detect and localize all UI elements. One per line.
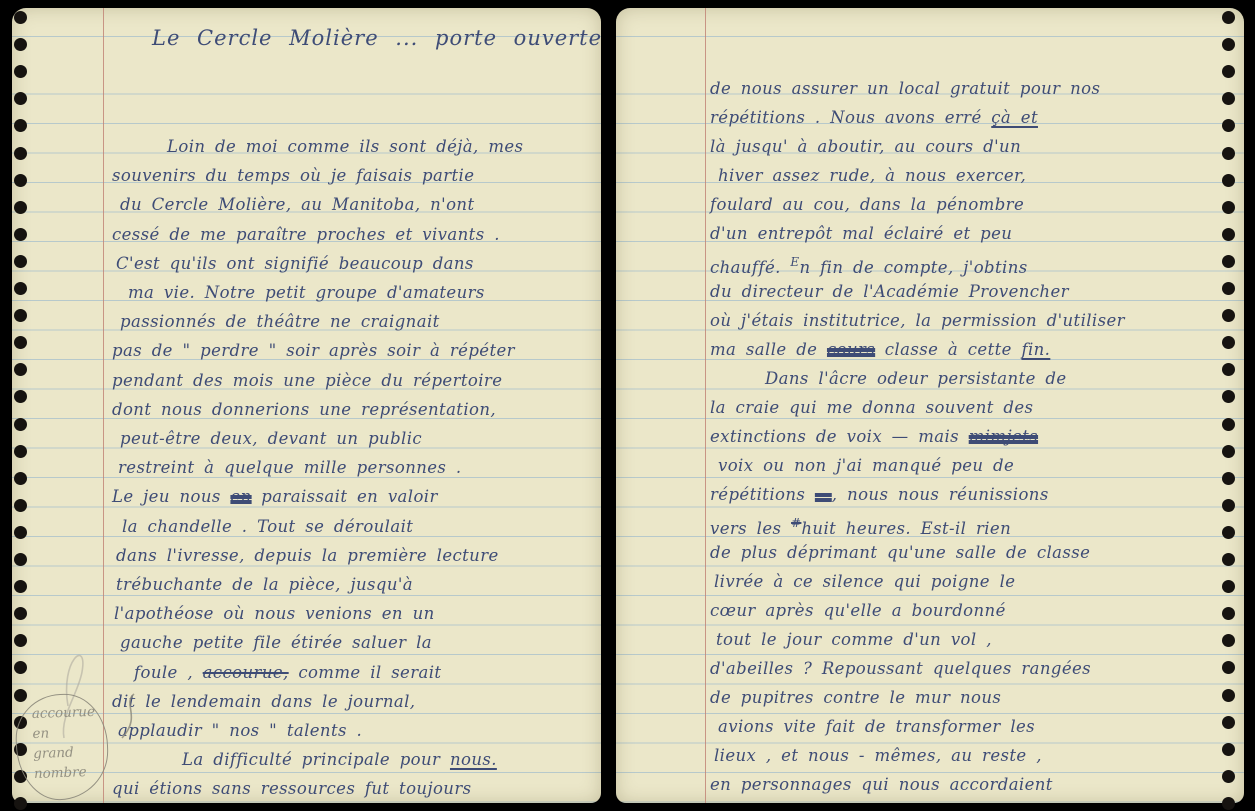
text-segment: la craie qui me donna souvent des <box>710 398 1033 417</box>
text-segment: Le jeu nous <box>112 487 230 506</box>
text-segment: où j'étais institutrice, la permission d… <box>710 311 1125 330</box>
text-segment: passionnés de théâtre ne craignait <box>120 312 440 331</box>
handwritten-line: livrée à ce silence qui poigne le <box>710 567 1015 596</box>
text-segment: voix ou non j'ai manqué peu de <box>718 456 1014 475</box>
text-segment: chauffé. <box>710 258 790 277</box>
text-segment: extinctions de voix — mais <box>710 427 969 446</box>
handwritten-line: avions vite fait de transformer les <box>710 712 1035 741</box>
text-segment: huit heures. Est-il rien <box>801 519 1011 538</box>
text-segment: n fin de compte, j'obtins <box>799 258 1027 277</box>
handwritten-line: dont nous donnerions une représentation, <box>112 395 496 424</box>
text-segment: classe à cette <box>875 340 1021 359</box>
text-segment: là jusqu' à aboutir, au cours d'un <box>710 137 1021 156</box>
handwritten-line: en personnages qui nous accordaient <box>710 770 1053 799</box>
text-segment: Dans l'âcre odeur persistante de <box>765 369 1067 388</box>
text-segment: avions vite fait de transformer les <box>718 717 1035 736</box>
handwritten-line: hiver assez rude, à nous exercer, <box>710 161 1026 190</box>
handwritten-line: trébuchante de la pièce, jusqu'à <box>112 570 413 599</box>
text-segment: l'apothéose où nous venions en un <box>114 604 435 623</box>
handwritten-line: du directeur de l'Académie Provencher <box>710 277 1069 306</box>
text-segment: cessé de me paraître proches et vivants … <box>112 225 500 244</box>
pencil-note-word: nombre <box>34 761 109 784</box>
text-segment: trébuchante de la pièce, jusqu'à <box>116 575 413 594</box>
text-segment: cœur après qu'elle a bourdonné <box>710 601 1006 620</box>
text-segment: restreint à quelque mille personnes . <box>118 458 462 477</box>
handwritten-line: pas de " perdre " soir après soir à répé… <box>112 336 515 365</box>
pencil-note-word: grand <box>33 741 108 764</box>
text-segment: lieux , et nous - mêmes, au reste , <box>714 746 1042 765</box>
handwritten-line: peut-être deux, devant un public <box>112 424 422 453</box>
handwritten-line: cessé de me paraître proches et vivants … <box>112 220 500 249</box>
left-page: Le Cercle Molière ... porte ouverte ... … <box>12 8 601 803</box>
text-segment: pas de " perdre " soir après soir à répé… <box>112 341 515 360</box>
struck-word: # <box>791 516 801 530</box>
text-segment: comme il serait <box>289 663 442 682</box>
text-segment: paraissait en valoir <box>252 487 438 506</box>
handwritten-line: d'un entrepôt mal éclairé et peu <box>710 219 1012 248</box>
underlined-word: fin. <box>1021 340 1050 359</box>
text-segment: foule , <box>134 663 203 682</box>
text-segment: gauche petite file étirée saluer la <box>120 633 432 652</box>
text-segment: répétitions . Nous avons erré <box>710 108 991 127</box>
handwritten-line: C'est qu'ils ont signifié beaucoup dans <box>112 249 474 278</box>
handwritten-line: extinctions de voix — mais mimjets <box>710 422 1038 451</box>
handwritten-line: lieux , et nous - mêmes, au reste , <box>710 741 1042 770</box>
handwritten-line: l'apothéose où nous venions en un <box>112 599 435 628</box>
handwritten-line: Le jeu nous en paraissait en valoir <box>112 482 438 511</box>
handwritten-line: voix ou non j'ai manqué peu de <box>710 451 1014 480</box>
text-segment: , nous nous réunissions <box>832 485 1049 504</box>
handwritten-line: là jusqu' à aboutir, au cours d'un <box>710 132 1021 161</box>
text-segment: du directeur de l'Académie Provencher <box>710 282 1069 301</box>
handwritten-line: répétitions . Nous avons erré çà et <box>710 103 1038 132</box>
text-segment: dans l'ivresse, depuis la première lectu… <box>116 546 499 565</box>
handwritten-line: de pupitres contre le mur nous <box>710 683 1001 712</box>
pencil-note-word: en <box>32 721 107 744</box>
handwritten-line: où j'étais institutrice, la permission d… <box>710 306 1125 335</box>
text-segment: du Cercle Molière, au Manitoba, n'ont <box>120 195 474 214</box>
text-segment: foulard au cou, dans la pénombre <box>710 195 1024 214</box>
handwritten-line: La difficulté principale pour nous. <box>112 745 497 774</box>
text-segment: pendant des mois une pièce du répertoire <box>112 371 502 390</box>
right-page: de nous assurer un local gratuit pour no… <box>616 8 1244 803</box>
handwritten-line: la chandelle . Tout se déroulait <box>112 512 413 541</box>
underlined-word: çà et <box>991 108 1038 127</box>
text-segment: souvenirs du temps où je faisais partie <box>112 166 474 185</box>
handwritten-line: applaudir " nos " talents . <box>112 716 362 745</box>
text-segment: répétitions <box>710 485 815 504</box>
underlined-word: nous. <box>450 750 497 769</box>
text-segment: Loin de moi comme ils sont déjà, mes <box>167 137 523 156</box>
text-segment: La difficulté principale pour <box>182 750 450 769</box>
handwritten-line: souvenirs du temps où je faisais partie <box>112 161 474 190</box>
handwritten-line: dit le lendemain dans le journal, <box>112 687 415 716</box>
text-segment: ma vie. Notre petit groupe d'amateurs <box>128 283 485 302</box>
text-segment: d'abeilles ? Repoussant quelques rangées <box>710 659 1091 678</box>
text-segment: la chandelle . Tout se déroulait <box>122 517 413 536</box>
text-segment: peut-être deux, devant un public <box>120 429 422 448</box>
handwritten-line: ma vie. Notre petit groupe d'amateurs <box>112 278 485 307</box>
handwritten-line: gauche petite file étirée saluer la <box>112 628 432 657</box>
handwritten-line: de nous assurer un local gratuit pour no… <box>710 74 1100 103</box>
handwritten-line: qui étions sans ressources fut toujours <box>112 774 472 803</box>
handwritten-line: ma salle de cours classe à cette fin. <box>710 335 1050 364</box>
text-segment: applaudir " nos " talents . <box>118 721 362 740</box>
text-segment: C'est qu'ils ont signifié beaucoup dans <box>116 254 474 273</box>
right-page-text: de nous assurer un local gratuit pour no… <box>616 8 1244 803</box>
handwritten-line: répétitions —, nous nous réunissions <box>710 480 1049 509</box>
handwritten-line: pendant des mois une pièce du répertoire <box>112 366 502 395</box>
text-segment: de plus déprimant qu'une salle de classe <box>710 543 1090 562</box>
struck-word: cours <box>827 340 875 359</box>
handwritten-line: du Cercle Molière, au Manitoba, n'ont <box>112 190 474 219</box>
text-segment: dont nous donnerions une représentation, <box>112 400 496 419</box>
left-page-text: Loin de moi comme ils sont déjà, messouv… <box>12 8 601 803</box>
handwritten-line: restreint à quelque mille personnes . <box>112 453 462 482</box>
handwritten-line: Loin de moi comme ils sont déjà, mes <box>112 132 523 161</box>
struck-word: en <box>230 487 251 506</box>
handwritten-line: dans l'ivresse, depuis la première lectu… <box>112 541 499 570</box>
handwritten-line: d'abeilles ? Repoussant quelques rangées <box>710 654 1091 683</box>
text-segment: en personnages qui nous accordaient <box>710 775 1053 794</box>
handwritten-line: cœur après qu'elle a bourdonné <box>710 596 1006 625</box>
struck-word: accourue, <box>203 663 289 682</box>
handwritten-line: foule , accourue, comme il serait <box>112 658 441 687</box>
text-segment: tout le jour comme d'un vol , <box>716 630 992 649</box>
text-segment: de nous assurer un local gratuit pour no… <box>710 79 1100 98</box>
text-segment: livrée à ce silence qui poigne le <box>714 572 1015 591</box>
handwritten-line: passionnés de théâtre ne craignait <box>112 307 440 336</box>
text-segment: de pupitres contre le mur nous <box>710 688 1001 707</box>
struck-word: — <box>815 485 832 504</box>
handwritten-line: foulard au cou, dans la pénombre <box>710 190 1024 219</box>
text-segment: d'un entrepôt mal éclairé et peu <box>710 224 1012 243</box>
handwritten-line: la craie qui me donna souvent des <box>710 393 1033 422</box>
notebook-spread: Le Cercle Molière ... porte ouverte ... … <box>0 0 1255 811</box>
text-segment: ma salle de <box>710 340 827 359</box>
text-segment: qui étions sans ressources fut toujours <box>112 779 472 798</box>
text-segment: dit le lendemain dans le journal, <box>112 692 415 711</box>
handwritten-line: Dans l'âcre odeur persistante de <box>710 364 1067 393</box>
handwritten-line: tout le jour comme d'un vol , <box>710 625 992 654</box>
text-segment: vers les <box>710 519 791 538</box>
pencil-note-word: accourue <box>31 701 106 724</box>
handwritten-line: de plus déprimant qu'une salle de classe <box>710 538 1090 567</box>
text-segment: hiver assez rude, à nous exercer, <box>718 166 1026 185</box>
struck-word: mimjets <box>969 427 1038 446</box>
